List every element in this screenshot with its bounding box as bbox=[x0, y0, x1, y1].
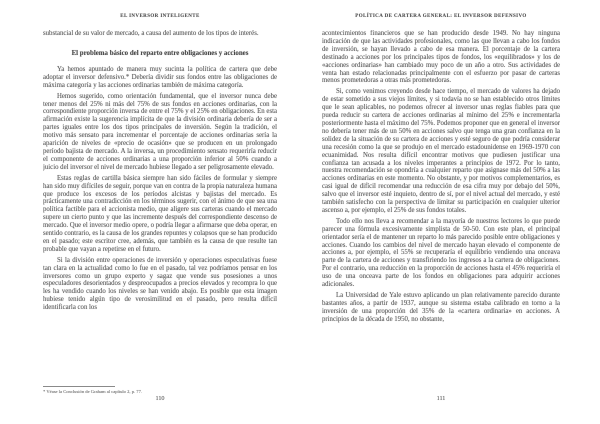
paragraph: Hemos sugerido, como orientación fundame… bbox=[43, 93, 277, 172]
paragraph: Todo ello nos lleva a recomendar a la ma… bbox=[322, 218, 560, 289]
left-page-text: substancial de su valor de mercado, a ca… bbox=[43, 30, 277, 378]
paragraph: Si, como venimos creyendo desde hace tie… bbox=[322, 88, 560, 215]
section-heading: El problema básico del reparto entre obl… bbox=[43, 50, 277, 58]
left-running-header: EL INVERSOR INTELIGENTE bbox=[43, 14, 277, 19]
paragraph-continuation: acontecimientos financieros que se han p… bbox=[322, 30, 560, 85]
paragraph: Estas reglas de cartilla básica siempre … bbox=[43, 175, 277, 254]
paragraph: La Universidad de Yale estuvo aplicando … bbox=[322, 292, 560, 324]
page-number-right: 111 bbox=[300, 395, 600, 402]
paragraph: Si la división entre operaciones de inve… bbox=[43, 257, 277, 312]
footnote-divider bbox=[43, 386, 115, 387]
footnote: * Véase la Conclusión de Graham al capít… bbox=[43, 389, 277, 395]
right-page-text: acontecimientos financieros que se han p… bbox=[322, 30, 560, 378]
footnote-block: * Véase la Conclusión de Graham al capít… bbox=[43, 386, 277, 395]
book-spread: EL INVERSOR INTELIGENTE substancial de s… bbox=[0, 0, 600, 424]
page-number-left: 110 bbox=[0, 395, 300, 402]
paragraph: Ya hemos apuntado de manera muy sucinta … bbox=[43, 66, 277, 90]
right-running-header: POLÍTICA DE CARTERA GENERAL: EL INVERSOR… bbox=[322, 14, 560, 19]
left-page: EL INVERSOR INTELIGENTE substancial de s… bbox=[0, 0, 300, 424]
paragraph-continuation: substancial de su valor de mercado, a ca… bbox=[43, 30, 277, 38]
right-page: POLÍTICA DE CARTERA GENERAL: EL INVERSOR… bbox=[300, 0, 600, 424]
